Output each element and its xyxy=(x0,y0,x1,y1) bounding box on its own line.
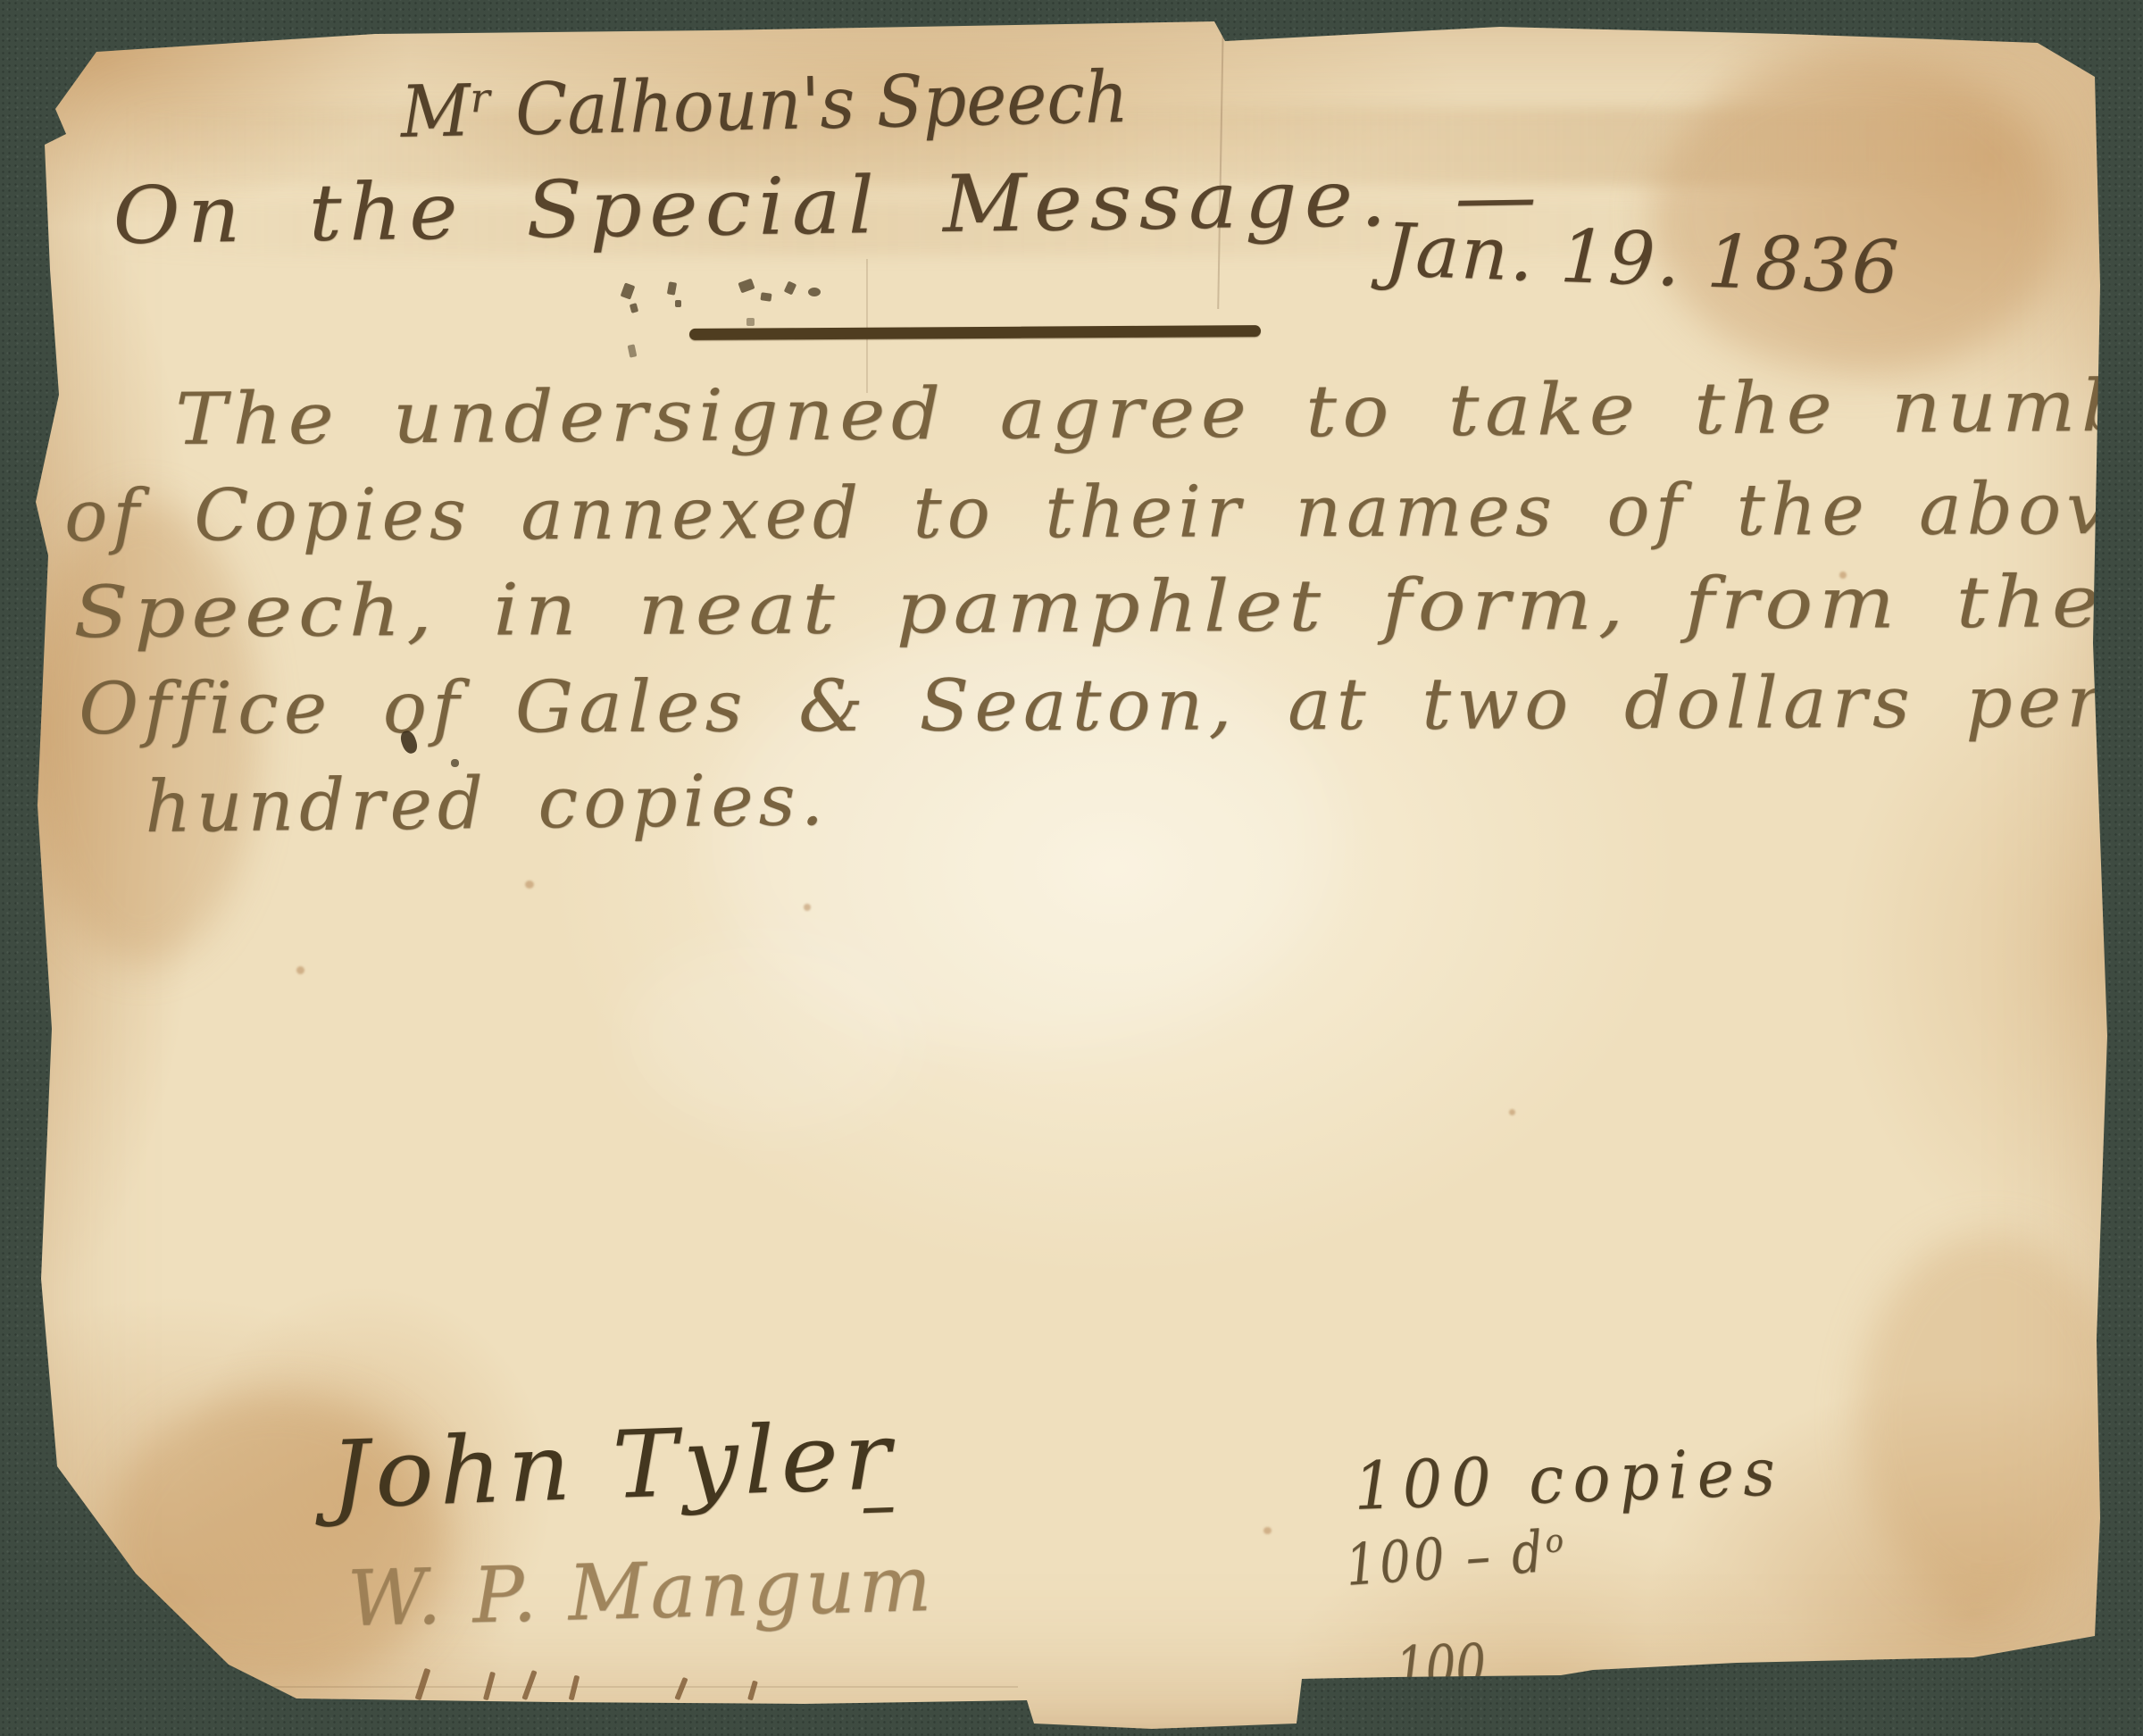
foxing-spot xyxy=(525,881,534,889)
ink-smudge xyxy=(675,300,681,307)
foxing-spot xyxy=(296,966,304,974)
quantity-john-tyler: 100 copies xyxy=(1353,1439,1785,1519)
document-date: Jan. 19. 1836 xyxy=(1383,214,1901,305)
title-underline xyxy=(689,325,1261,340)
document-title: Mʳ Calhoun's Speech xyxy=(400,62,1129,148)
foxing-spot xyxy=(1509,1109,1515,1115)
paper-tear-line xyxy=(107,1686,1018,1688)
torn-signature-stroke xyxy=(521,1670,537,1700)
ink-smudge xyxy=(738,279,755,294)
quantity-torn-row: 100 xyxy=(1395,1636,1487,1698)
paper-stain xyxy=(1857,1232,2125,1607)
body-line: Speech, in neat pamphlet form, from the xyxy=(73,566,2105,648)
signature-dash: – xyxy=(859,1469,897,1541)
signature-w-p-mangum: W. P. Mangum xyxy=(346,1546,936,1638)
photo-glare xyxy=(625,938,920,1134)
torn-signature-stroke xyxy=(415,1668,431,1700)
ink-smudge xyxy=(621,282,636,299)
body-line: of Copies annexed to their names of the … xyxy=(64,473,2143,552)
ink-smudge xyxy=(667,281,677,295)
paper-stain xyxy=(1652,54,2063,375)
ink-smudge xyxy=(628,344,638,357)
ink-smudge xyxy=(784,280,797,295)
ink-smudge xyxy=(746,318,755,326)
body-line: Office of Gales & Seaton, at two dollars… xyxy=(79,666,2106,745)
signature-john-tyler: John Tyler xyxy=(329,1409,897,1522)
body-line: hundred copies. xyxy=(145,764,829,843)
document-subtitle: On the Special Message. — xyxy=(113,157,1545,255)
manuscript-page: Mʳ Calhoun's Speech On the Special Messa… xyxy=(0,0,2143,1736)
ink-smudge xyxy=(760,292,771,302)
ink-blot xyxy=(451,759,459,767)
foxing-spot xyxy=(804,904,811,911)
quantity-mangum-ditto: 100 – dᵒ xyxy=(1344,1523,1569,1595)
foxing-spot xyxy=(1263,1527,1272,1534)
torn-signature-stroke xyxy=(674,1677,688,1700)
ink-smudge xyxy=(630,303,638,313)
torn-signature-stroke xyxy=(747,1681,758,1701)
photo-mat-background: Mʳ Calhoun's Speech On the Special Messa… xyxy=(0,0,2143,1736)
torn-signature-stroke xyxy=(569,1675,580,1701)
body-line: The undersigned agree to take the number xyxy=(175,370,2143,455)
ink-smudge xyxy=(808,288,821,296)
